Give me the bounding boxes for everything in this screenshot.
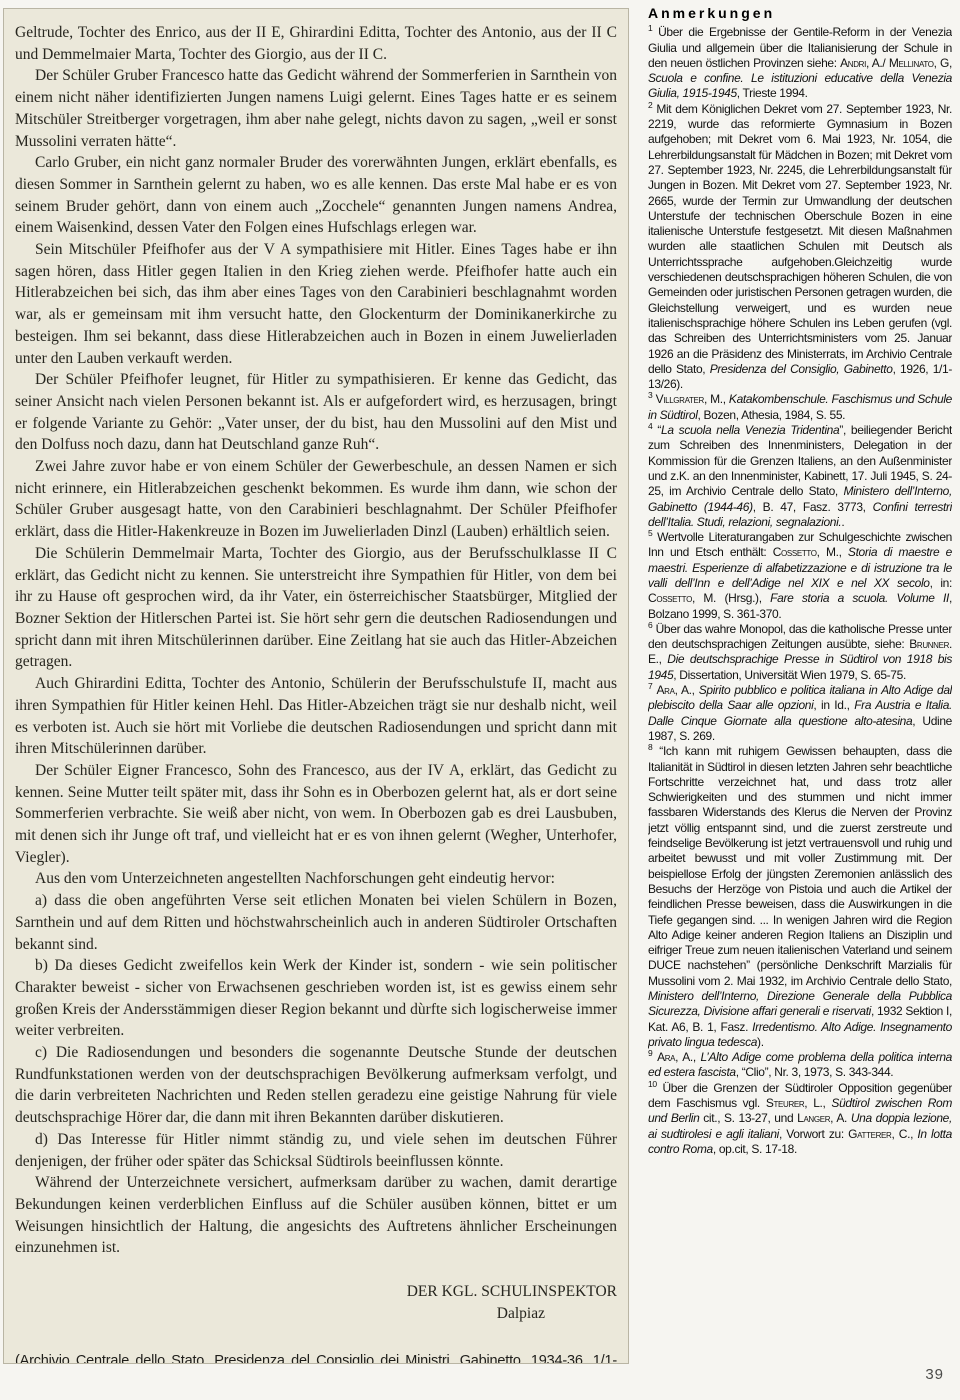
footnote-number: 10	[648, 1079, 657, 1089]
footnote-segment: , in:	[930, 576, 952, 590]
footnote-segment: , L.,	[804, 1096, 831, 1110]
archive-source-note: (Archivio Centrale dello Stato, Presiden…	[15, 1351, 617, 1364]
document-text-box: Geltrude, Tochter des Enrico, aus der II…	[3, 8, 629, 1364]
document-paragraph: Während der Unterzeichnete versichert, a…	[15, 1172, 617, 1259]
footnote-number: 3	[648, 390, 652, 400]
footnote-number: 6	[648, 620, 652, 630]
footnote-number: 2	[648, 100, 652, 110]
footnote-segment: Cossetto	[773, 545, 817, 559]
footnote-segment: Ara	[657, 1050, 675, 1064]
document-paragraph: Carlo Gruber, ein nicht ganz normaler Br…	[15, 152, 617, 239]
footnote: 8 “Ich kann mit ruhigem Gewissen behaupt…	[648, 744, 952, 1050]
footnote: 2 Mit dem Königlichen Dekret vom 27. Sep…	[648, 102, 952, 393]
footnote-segment: , A./	[866, 56, 889, 70]
document-paragraph: a) dass die oben angeführten Verse seit …	[15, 890, 617, 955]
document-paragraph: Geltrude, Tochter des Enrico, aus der II…	[15, 22, 617, 65]
footnote-segment: , op.cit, S. 17-18.	[713, 1142, 797, 1156]
footnote-segment: , M.,	[704, 392, 729, 406]
footnote-segment: , “Clio”, Nr. 3, 1973, S. 343-344.	[736, 1065, 894, 1079]
footnote: 9 Ara, A., L’Alto Adige come problema de…	[648, 1050, 952, 1081]
footnote: 4 “La scuola nella Venezia Tridentina”, …	[648, 423, 952, 530]
footnote-number: 5	[648, 528, 652, 538]
document-paragraphs: Geltrude, Tochter des Enrico, aus der II…	[15, 22, 617, 1259]
footnote-number: 4	[648, 421, 652, 431]
footnote-segment: Ara	[657, 683, 675, 697]
footnote-segment: , M.,	[817, 545, 848, 559]
document-paragraph: c) Die Radiosendungen und besonders die …	[15, 1042, 617, 1129]
document-paragraph: Der Schüler Pfeifhofer leugnet, für Hitl…	[15, 369, 617, 456]
footnote-segment: .	[841, 515, 844, 529]
annotations-column: Anmerkungen 1 Über die Ergebnisse der Ge…	[648, 6, 952, 1378]
footnote-segment: Steurer	[766, 1096, 804, 1110]
document-paragraph: Auch Ghirardini Editta, Tochter des Anto…	[15, 673, 617, 760]
footnote-segment: Fare storia a scuola. Volume II	[770, 591, 949, 605]
document-paragraph: Der Schüler Gruber Francesco hatte das G…	[15, 65, 617, 152]
footnote-segment: Brunner	[909, 637, 949, 651]
page-number: 39	[925, 1366, 944, 1383]
signature-block: DER KGL. SCHULINSPEKTOR Dalpiaz	[15, 1281, 617, 1325]
footnote-segment: Gatterer	[848, 1127, 891, 1141]
footnote-number: 8	[648, 742, 652, 752]
footnote: 6 Über das wahre Monopol, das die kathol…	[648, 622, 952, 683]
document-paragraph: Die Schülerin Demmelmair Marta, Tochter …	[15, 543, 617, 673]
signature-name: Dalpiaz	[15, 1303, 617, 1325]
footnote: 10 Über die Grenzen der Südtiroler Oppos…	[648, 1081, 952, 1157]
footnote-segment: , G,	[934, 56, 952, 70]
footnote-segment: , Trieste 1994.	[737, 86, 808, 100]
document-paragraph: Zwei Jahre zuvor habe er von einem Schül…	[15, 456, 617, 543]
footnote-segment: Mellinato	[889, 56, 934, 70]
footnote-number: 7	[648, 681, 652, 691]
footnote: 1 Über die Ergebnisse der Gentile-Reform…	[648, 25, 952, 101]
footnote-segment: “Ich kann mit ruhigem Gewissen behaupten…	[648, 744, 952, 987]
document-paragraph: Der Schüler Eigner Francesco, Sohn des F…	[15, 760, 617, 869]
footnote-segment: , B. 47, Fasz. 3773,	[753, 500, 873, 514]
document-paragraph: Sein Mitschüler Pfeifhofer aus der V A s…	[15, 239, 617, 369]
footnote-segment: , A.,	[675, 683, 699, 697]
footnote-segment: Langer	[797, 1111, 830, 1125]
document-paragraph: b) Da dieses Gedicht zweifellos kein Wer…	[15, 955, 617, 1042]
footnote-number: 9	[648, 1048, 652, 1058]
footnote-segment: Mit dem Königlichen Dekret vom 27. Septe…	[648, 102, 952, 376]
footnote-segment: Andri	[840, 56, 866, 70]
footnote-segment: , A.,	[675, 1050, 700, 1064]
footnote-segment: ).	[757, 1035, 764, 1049]
document-paragraph: d) Das Interesse für Hitler nimmt ständi…	[15, 1129, 617, 1172]
footnote-segment: cit., S. 13-27, und	[699, 1111, 797, 1125]
footnote-segment: , in Id.,	[813, 698, 854, 712]
footnote-segment: , Bozen, Athesia, 1984, S. 55.	[698, 408, 846, 422]
footnote-number: 1	[648, 23, 652, 33]
footnote-list: 1 Über die Ergebnisse der Gentile-Reform…	[648, 25, 952, 1157]
footnote-segment: La scuola nella Venezia Tridentina	[661, 423, 839, 437]
footnote-segment: , A.	[830, 1111, 851, 1125]
book-page: { "page": { "number": "39" }, "colors": …	[0, 0, 960, 1400]
footnote-segment: , M. (Hrsg.),	[692, 591, 770, 605]
footnote-segment: , Vorwort zu:	[779, 1127, 848, 1141]
signature-title: DER KGL. SCHULINSPEKTOR	[15, 1281, 617, 1303]
footnote: 7 Ara, A., Spirito pubblico e politica i…	[648, 683, 952, 744]
footnote: 5 Wertvolle Literaturangaben zur Schulge…	[648, 530, 952, 622]
footnote-segment: Über das wahre Monopol, das die katholis…	[648, 622, 952, 651]
annotations-title: Anmerkungen	[648, 6, 952, 21]
footnote-segment: Villgrater	[656, 392, 704, 406]
footnote-segment: Cossetto	[648, 591, 692, 605]
footnote-segment: , Dissertation, Universität Wien 1979, S…	[673, 668, 906, 682]
footnote-segment: Presidenza del Consiglio, Gabinetto	[710, 362, 893, 376]
document-paragraph: Aus den vom Unterzeichneten angestellten…	[15, 868, 617, 890]
footnote: 3 Villgrater, M., Katakombenschule. Fasc…	[648, 392, 952, 423]
footnote-segment: , C.,	[891, 1127, 917, 1141]
